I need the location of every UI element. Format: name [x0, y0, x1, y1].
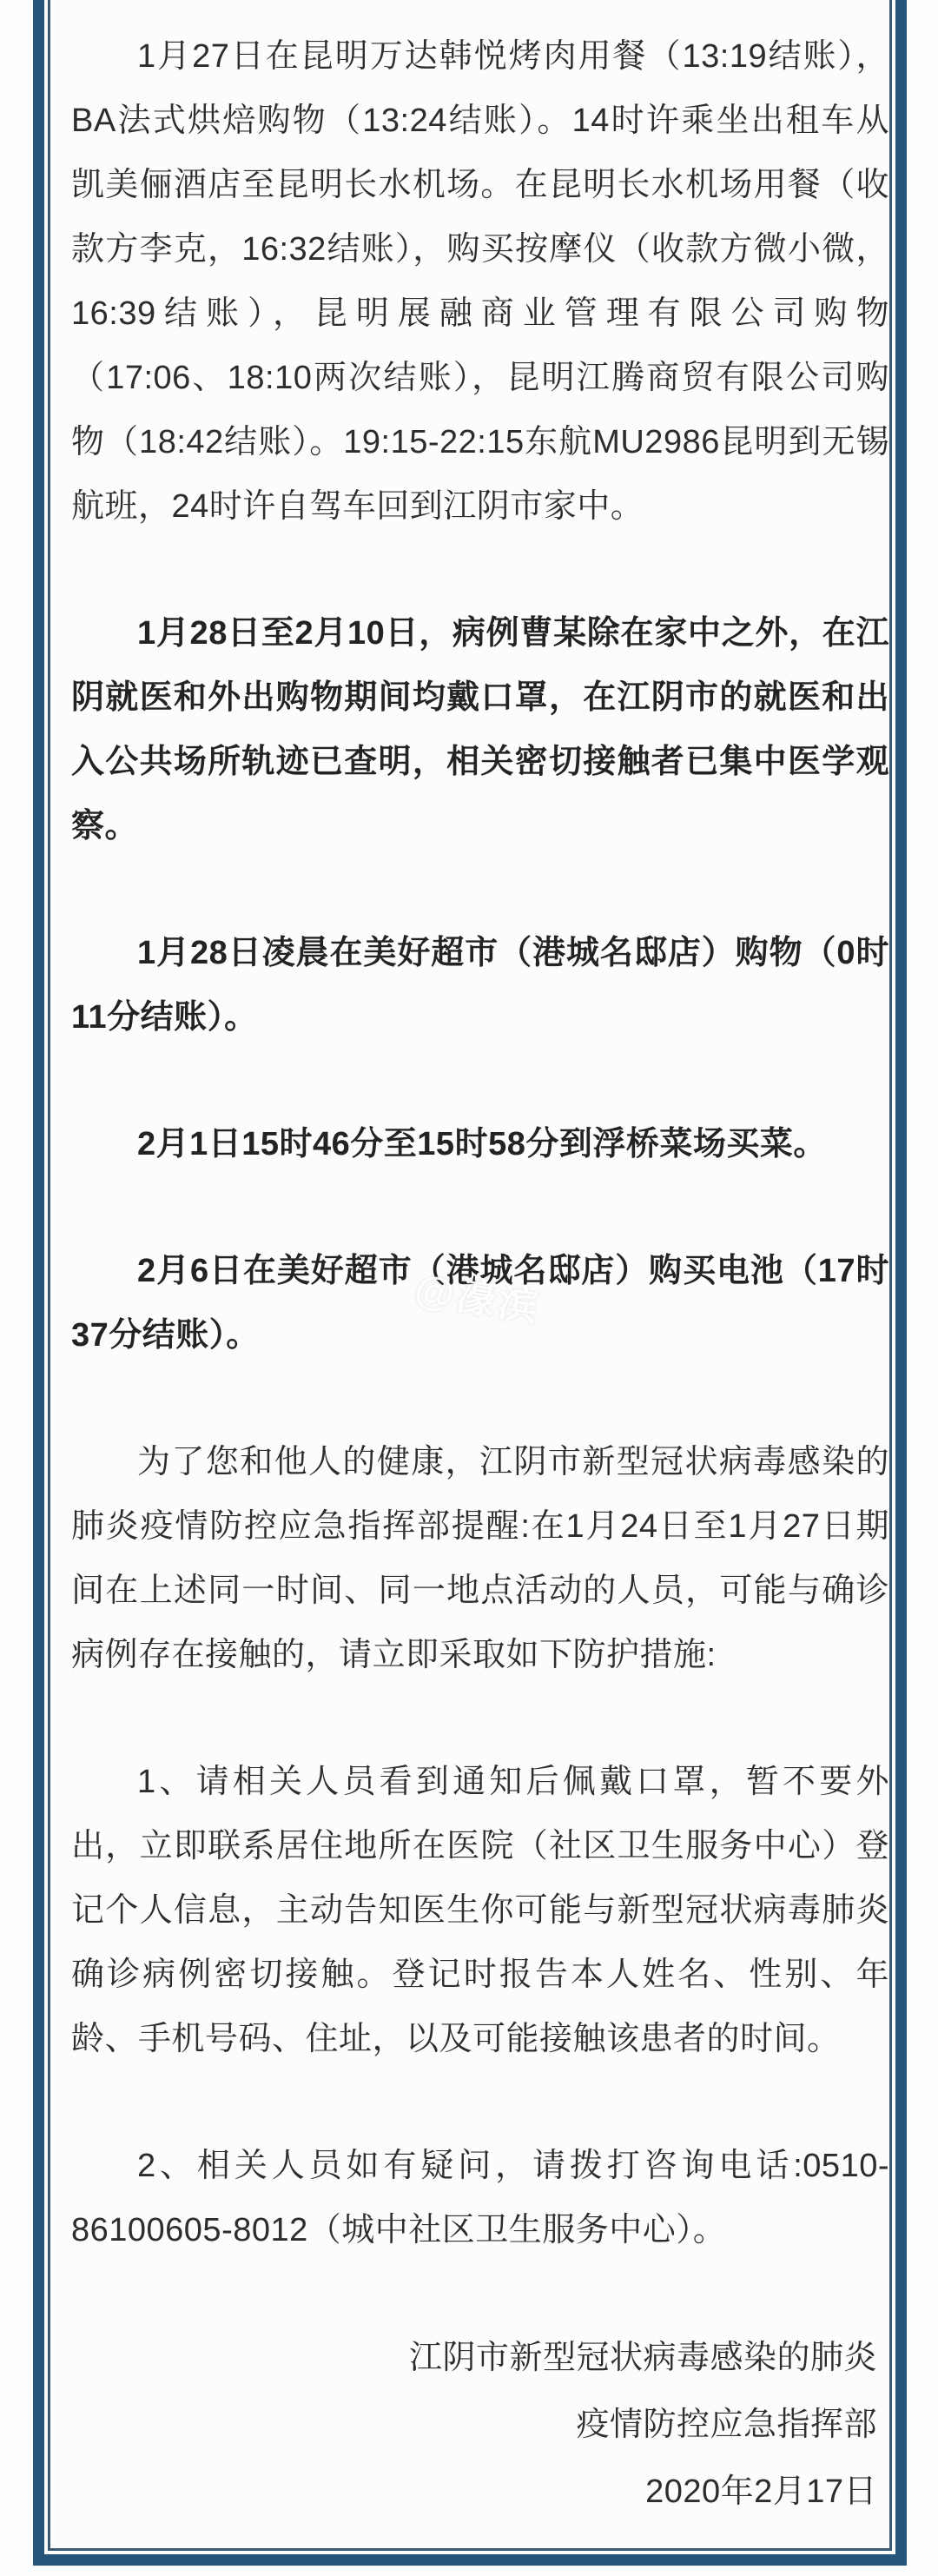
paragraph-measure-2: 2、相关人员如有疑问，请拨打咨询电话:0510-86100605-8012（城中… [71, 2134, 889, 2262]
paragraph-feb1-market: 2月1日15时46分至15时58分到浮桥菜场买菜。 [71, 1112, 889, 1176]
paragraph-jan28-feb10-summary: 1月28日至2月10日，病例曹某除在家中之外，在江阴就医和外出购物期间均戴口罩，… [71, 601, 889, 858]
signature-date: 2020年2月17日 [71, 2459, 877, 2526]
epidemic-notice-page: 1月27日在昆明万达韩悦烤肉用餐（13:19结账），BA法式烘焙购物（13:24… [0, 0, 938, 2576]
paragraph-jan28-supermarket: 1月28日凌晨在美好超市（港城名邸店）购物（0时11分结账）。 [71, 921, 889, 1050]
paragraph-health-reminder: 为了您和他人的健康，江阴市新型冠状病毒感染的肺炎疫情防控应急指挥部提醒:在1月2… [71, 1430, 889, 1687]
paragraph-measure-1: 1、请相关人员看到通知后佩戴口罩，暂不要外出，立即联系居住地所在医院（社区卫生服… [71, 1750, 889, 2071]
notice-body: 1月27日在昆明万达韩悦烤肉用餐（13:19结账），BA法式烘焙购物（13:24… [52, 0, 898, 2526]
signature-org-line1: 江阴市新型冠状病毒感染的肺炎 [71, 2325, 877, 2392]
signature-org-line2: 疫情防控应急指挥部 [71, 2392, 877, 2459]
paragraph-jan27-itinerary: 1月27日在昆明万达韩悦烤肉用餐（13:19结账），BA法式烘焙购物（13:24… [71, 24, 889, 539]
signature-block: 江阴市新型冠状病毒感染的肺炎 疫情防控应急指挥部 2020年2月17日 [71, 2325, 889, 2526]
paragraph-feb6-supermarket: 2月6日在美好超市（港城名邸店）购买电池（17时37分结账）。 [71, 1239, 889, 1367]
